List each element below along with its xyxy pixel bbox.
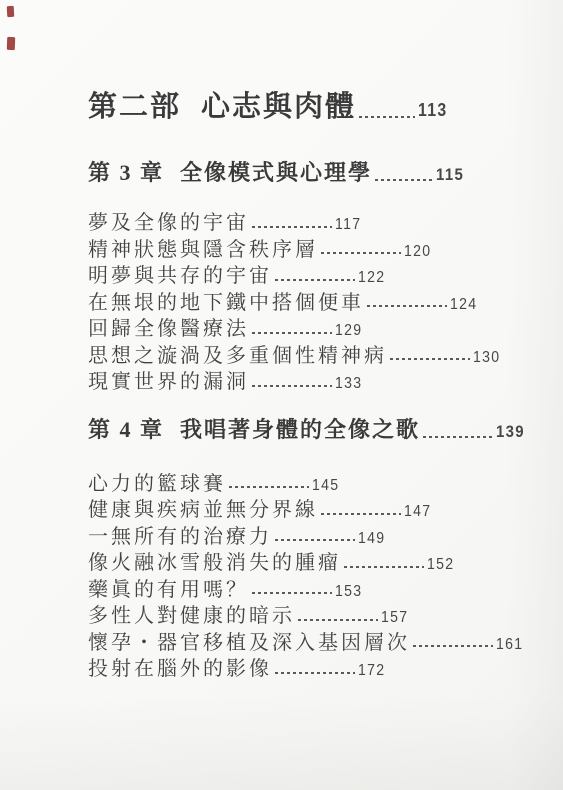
toc-entry: 投射在腦外的影像 172: [88, 652, 548, 679]
entry-page-number: 157: [381, 609, 408, 627]
dot-leader: [344, 566, 424, 568]
dot-leader: [375, 179, 433, 181]
dot-leader: [423, 436, 493, 438]
entry-page-number: 122: [358, 269, 385, 287]
chapter-title: 全像模式與心理學: [180, 156, 372, 187]
chapter4-entries: 心力的籃球賽 145 健康與疾病並無分界線 147 一無所有的治療力 149 像…: [88, 467, 548, 679]
dot-leader: [275, 672, 355, 674]
part-heading: 第二部 心志與肉體 113: [88, 84, 548, 125]
dot-leader: [367, 305, 447, 307]
entry-page-number: 172: [358, 662, 385, 680]
entry-title: 多性人對健康的暗示: [88, 599, 295, 628]
toc-entry: 一無所有的治療力 149: [88, 520, 548, 547]
entry-page-number: 133: [335, 375, 362, 393]
dot-leader: [321, 252, 401, 254]
chapter3-entries: 夢及全像的宇宙 117 精神狀態與隱含秩序層 120 明夢與共存的宇宙 122 …: [88, 206, 548, 392]
entry-page-number: 152: [427, 556, 454, 574]
chapter-label: 第 4 章: [88, 413, 164, 444]
entry-title: 一無所有的治療力: [88, 520, 272, 549]
red-ink-mark: [7, 6, 15, 17]
entry-page-number: 149: [358, 530, 385, 548]
chapter-page-number: 115: [436, 165, 464, 185]
chapter-title: 我唱著身體的全像之歌: [180, 413, 420, 444]
entry-title: 健康與疾病並無分界線: [88, 493, 318, 522]
dot-leader: [275, 279, 355, 281]
entry-title: 在無垠的地下鐵中搭個便車: [88, 286, 364, 315]
part-label: 第二部: [88, 84, 181, 125]
table-of-contents: 第二部 心志與肉體 113 第 3 章 全像模式與心理學 115 夢及全像的宇宙…: [88, 84, 548, 681]
dot-leader: [252, 332, 332, 334]
toc-entry: 懷孕・器官移植及深入基因層次 161: [88, 626, 548, 653]
entry-page-number: 117: [335, 216, 361, 234]
chapter-heading: 第 4 章 我唱著身體的全像之歌 139: [88, 413, 548, 444]
toc-entry: 像火融冰雪般消失的腫瘤 152: [88, 546, 548, 573]
entry-page-number: 124: [450, 296, 477, 314]
toc-entry: 明夢與共存的宇宙 122: [88, 259, 548, 286]
entry-title: 思想之漩渦及多重個性精神病: [88, 339, 387, 368]
dot-leader: [275, 539, 355, 541]
entry-page-number: 161: [496, 636, 523, 654]
entry-title: 像火融冰雪般消失的腫瘤: [88, 546, 341, 575]
toc-entry: 健康與疾病並無分界線 147: [88, 493, 548, 520]
toc-entry: 多性人對健康的暗示 157: [88, 599, 548, 626]
toc-entry: 在無垠的地下鐵中搭個便車 124: [88, 286, 548, 313]
dot-leader: [252, 226, 332, 228]
chapter-heading: 第 3 章 全像模式與心理學 115: [88, 156, 548, 187]
dot-leader: [413, 645, 493, 647]
toc-entry: 回歸全像醫療法 129: [88, 312, 548, 339]
toc-entry: 心力的籃球賽 145: [88, 467, 548, 494]
entry-title: 精神狀態與隱含秩序層: [88, 233, 318, 262]
entry-title: 明夢與共存的宇宙: [88, 259, 272, 288]
entry-title: 懷孕・器官移植及深入基因層次: [88, 626, 410, 655]
toc-entry: 思想之漩渦及多重個性精神病 130: [88, 339, 548, 366]
entry-title: 投射在腦外的影像: [88, 652, 272, 681]
scanned-book-page: 第二部 心志與肉體 113 第 3 章 全像模式與心理學 115 夢及全像的宇宙…: [0, 0, 563, 790]
toc-entry: 藥眞的有用嗎？ 153: [88, 573, 548, 600]
entry-page-number: 130: [473, 349, 500, 367]
entry-page-number: 120: [404, 243, 431, 261]
entry-page-number: 145: [312, 477, 339, 495]
toc-entry: 現實世界的漏洞 133: [88, 365, 548, 392]
dot-leader: [359, 116, 415, 118]
dot-leader: [252, 385, 332, 387]
dot-leader: [298, 619, 378, 621]
entry-title: 藥眞的有用嗎？: [88, 573, 249, 602]
entry-page-number: 129: [335, 322, 362, 340]
red-ink-mark: [7, 37, 15, 50]
dot-leader: [252, 592, 332, 594]
entry-page-number: 153: [335, 583, 362, 601]
entry-title: 夢及全像的宇宙: [88, 206, 249, 235]
entry-title: 現實世界的漏洞: [88, 365, 249, 394]
chapter-page-number: 139: [496, 422, 525, 442]
entry-page-number: 147: [404, 503, 431, 521]
entry-title: 心力的籃球賽: [88, 467, 226, 496]
dot-leader: [229, 486, 309, 488]
dot-leader: [321, 513, 401, 515]
entry-title: 回歸全像醫療法: [88, 312, 249, 341]
toc-entry: 精神狀態與隱含秩序層 120: [88, 233, 548, 260]
chapter-label: 第 3 章: [88, 156, 164, 187]
part-page-number: 113: [418, 100, 448, 121]
part-title: 心志與肉體: [201, 84, 356, 125]
toc-entry: 夢及全像的宇宙 117: [88, 206, 548, 233]
dot-leader: [390, 358, 470, 360]
